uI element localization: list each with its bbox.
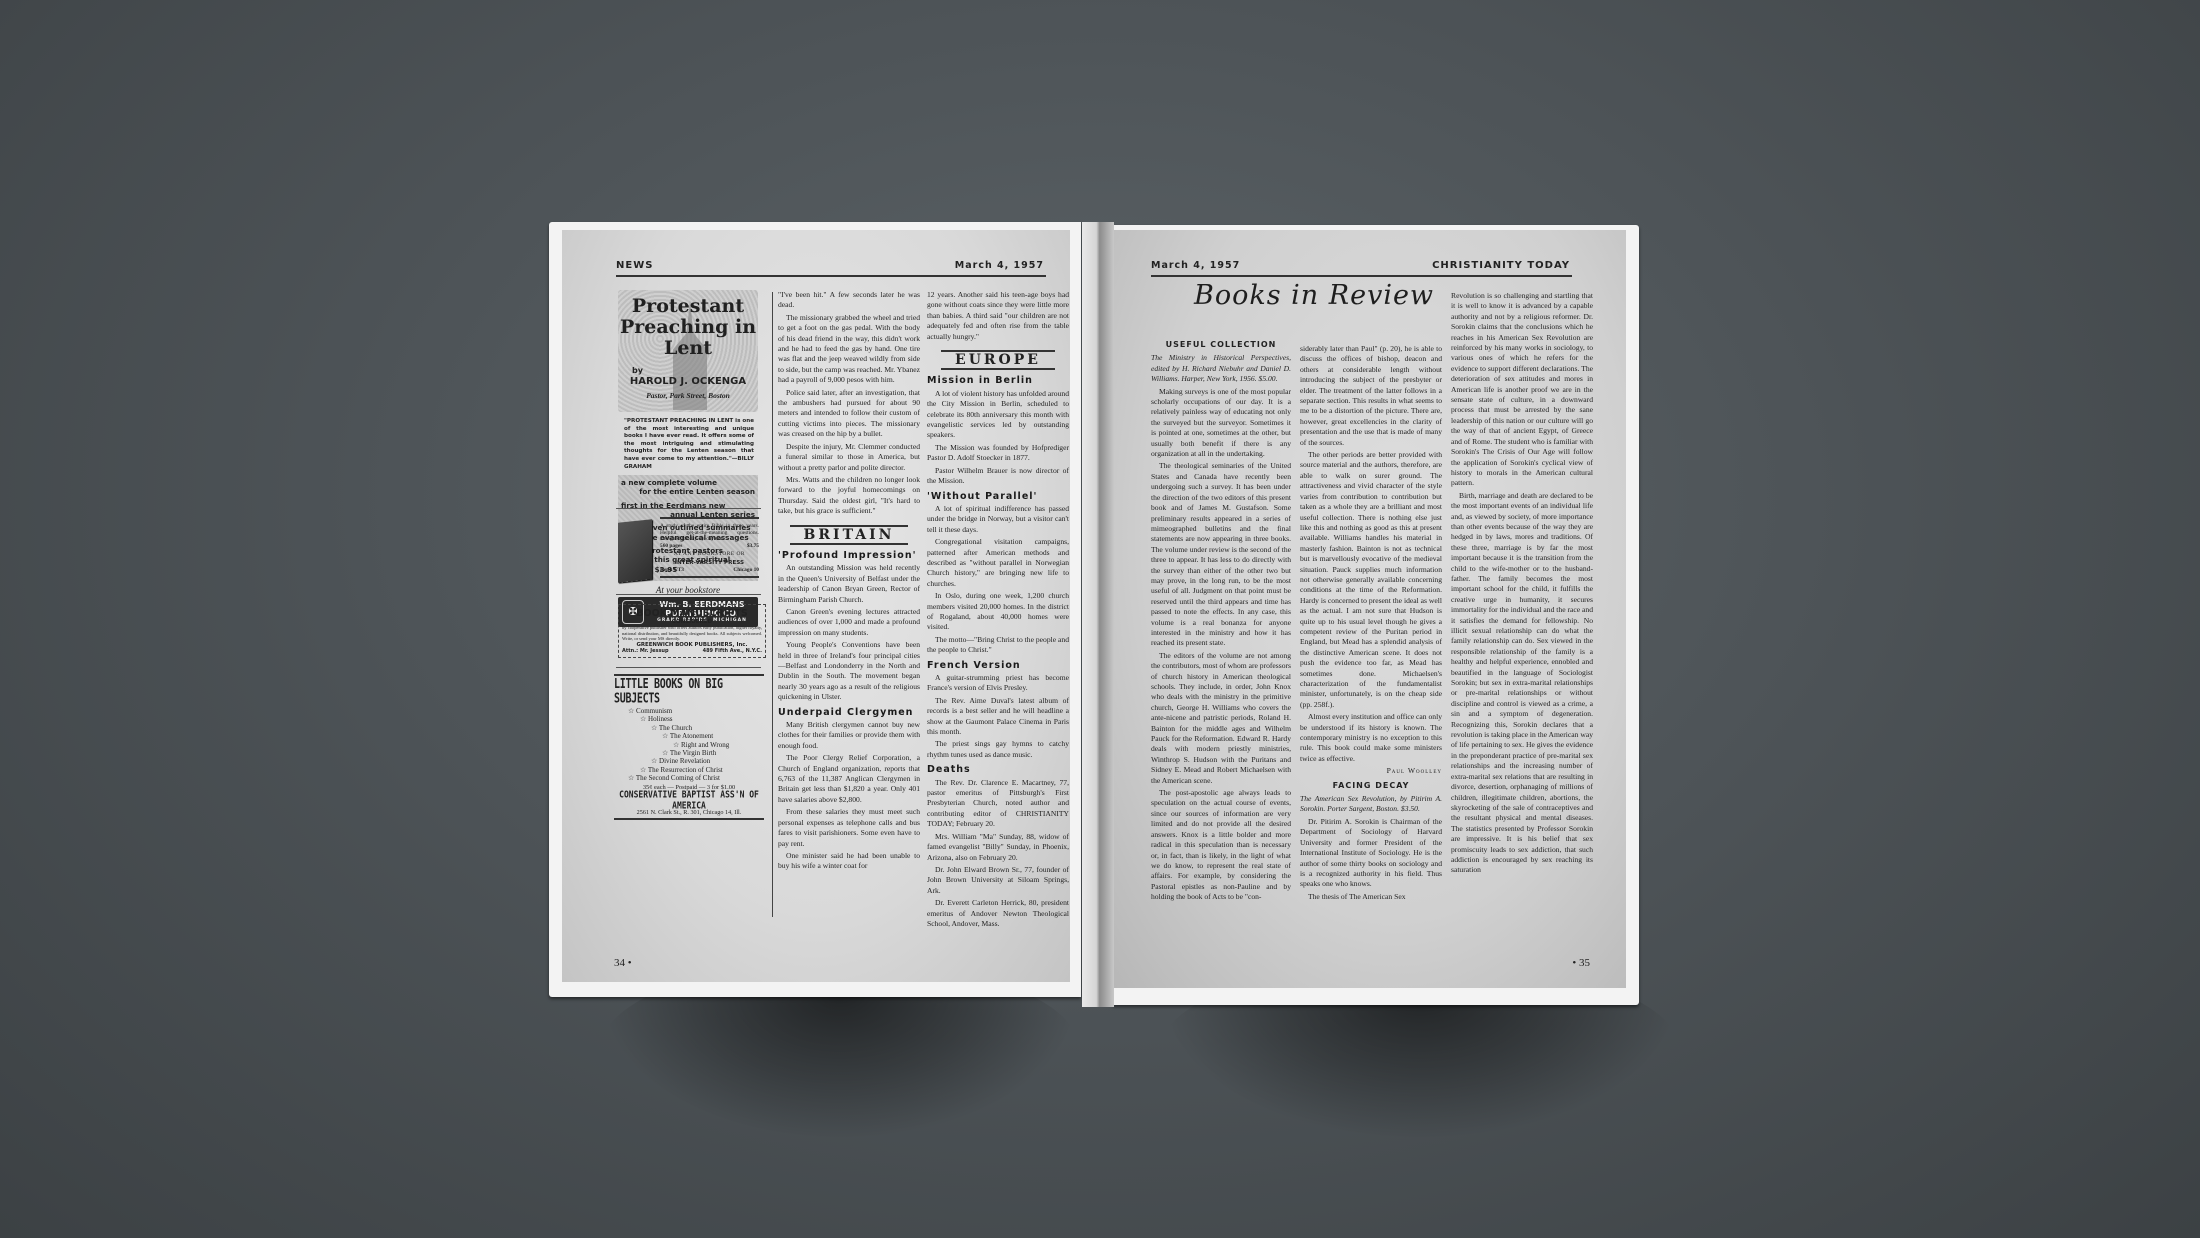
paragraph: siderably later than Paul" (p. 20), he i… (1300, 344, 1442, 448)
paragraph: Young People's Conventions have been hel… (778, 640, 920, 702)
little-book-item: ☆ The Resurrection of Christ (614, 766, 764, 774)
ad-divider (616, 667, 761, 668)
paragraph: "I've been hit." A few seconds later he … (778, 290, 920, 311)
header-rule (616, 275, 1046, 277)
paragraph: A guitar-strumming priest has become Fra… (927, 673, 1069, 694)
section-facing-decay: FACING DECAY (1300, 781, 1442, 791)
paragraph: Revolution is so challenging and startli… (1451, 291, 1593, 489)
books-in-review-title: Books in Review (1194, 280, 1434, 311)
running-head-date: March 4, 1957 (1151, 260, 1240, 271)
headline-profound-impression: 'Profound Impression' (778, 551, 920, 561)
ivp-description: A study of the entire Bible in three yea… (660, 523, 759, 543)
paragraph: A lot of spiritual indifference has pass… (927, 504, 1069, 535)
paragraph: The Rev. Dr. Clarence E. Macartney, 77, … (927, 778, 1069, 830)
paragraph: Mrs. William "Ma" Sunday, 88, widow of f… (927, 832, 1069, 863)
headline-without-parallel: 'Without Parallel' (927, 492, 1069, 502)
ivp-pages: 560 pages (660, 543, 682, 550)
paragraph: Dr. Pitirim A. Sorokin is Chairman of th… (1300, 817, 1442, 890)
little-book-item: ☆ Divine Revelation (614, 757, 764, 765)
ivp-city: Chicago 10 (733, 567, 759, 574)
page-number-35: • 35 (1572, 957, 1590, 969)
paragraph: The other periods are better provided wi… (1300, 450, 1442, 710)
running-head-date: March 4, 1957 (955, 260, 1044, 271)
lent-author: HAROLD J. OCKENGA (618, 376, 758, 387)
paragraph: The thesis of The American Sex (1300, 892, 1442, 902)
ad-divider (616, 508, 761, 509)
lent-author-role: Pastor, Park Street, Boston (618, 391, 758, 400)
reviewer-signature: Paul Woolley (1300, 766, 1442, 776)
paragraph: The priest sings gay hymns to catchy rhy… (927, 739, 1069, 760)
little-book-item: ☆ Right and Wrong (614, 741, 764, 749)
ad-book-manuscripts[interactable]: BOOK MANUSCRIPTS CONSIDERED by cooperati… (618, 604, 766, 658)
paragraph: In Oslo, during one week, 1,200 church m… (927, 591, 1069, 633)
promo-line: for the entire Lenten season (621, 487, 755, 496)
paragraph: Congregational visitation campaigns, pat… (927, 537, 1069, 589)
ivp-at-any: AT ANY BOOKSTORE OR (660, 551, 759, 558)
ivp-press: INTER-VARSITY PRESS (660, 560, 759, 567)
headline-mission-in-berlin: Mission in Berlin (927, 376, 1069, 386)
page-number-34: 34 • (614, 957, 632, 969)
little-book-item: ☆ Communism (614, 707, 764, 715)
paragraph: The Mission was founded by Hofprediger P… (927, 443, 1069, 464)
manuscripts-address: 489 Fifth Ave., N.Y.C. (703, 648, 762, 654)
paragraph: One minister said he had been unable to … (778, 851, 920, 872)
book-spine (1082, 222, 1114, 1007)
paragraph: The Rev. Aime Duval's latest album of re… (927, 696, 1069, 738)
paragraph: Police said later, after an investigatio… (778, 388, 920, 440)
ivp-dept: Dept. CT3 (660, 567, 684, 574)
little-book-item: ☆ The Second Coming of Christ (614, 774, 764, 782)
ivp-price: $3.75 (747, 543, 759, 550)
book-citation: The Ministry in Historical Perspectives,… (1151, 353, 1291, 384)
paragraph: The Poor Clergy Relief Corporation, a Ch… (778, 753, 920, 805)
paragraph: A lot of violent history has unfolded ar… (927, 389, 1069, 441)
region-heading-europe: EUROPE (927, 350, 1069, 370)
section-useful-collection: USEFUL COLLECTION (1151, 340, 1291, 350)
little-books-org: CONSERVATIVE BAPTIST ASS'N OF AMERICA (614, 789, 764, 811)
little-books-title: LITTLE BOOKS ON BIG SUBJECTS (614, 678, 764, 707)
little-book-item: ☆ The Church (614, 724, 764, 732)
paragraph: 12 years. Another said his teen-age boys… (927, 290, 1069, 342)
book-citation: The American Sex Revolution, by Pitirim … (1300, 794, 1442, 815)
paragraph: Almost every institution and office can … (1300, 712, 1442, 764)
paragraph: An outstanding Mission was held recently… (778, 563, 920, 605)
book-cover-icon (618, 519, 652, 583)
running-head-news: NEWS (616, 260, 653, 271)
manuscripts-attn: Attn.: Mr. Jessup (622, 648, 669, 654)
paragraph: Birth, marriage and death are declared t… (1451, 491, 1593, 876)
paragraph: Dr. John Elward Brown Sr., 77, founder o… (927, 865, 1069, 896)
little-book-item: ☆ The Virgin Birth (614, 749, 764, 757)
news-column-3: 12 years. Another said his teen-age boys… (927, 290, 1069, 931)
paragraph: Dr. Everett Carleton Herrick, 80, presid… (927, 898, 1069, 929)
review-column-3: Revolution is so challenging and startli… (1451, 291, 1593, 878)
headline-underpaid-clergymen: Underpaid Clergymen (778, 708, 920, 718)
paragraph: From these salaries they must meet such … (778, 807, 920, 849)
headline-deaths: Deaths (927, 765, 1069, 775)
ad-divider (616, 594, 761, 595)
column-rule (772, 292, 773, 917)
running-head-magazine: CHRISTIANITY TODAY (1432, 260, 1570, 271)
paragraph: The theological seminaries of the United… (1151, 461, 1291, 648)
manuscripts-body: by cooperative publisher who offers auth… (622, 625, 762, 642)
paragraph: The editors of the volume are not among … (1151, 651, 1291, 786)
paragraph: Despite the injury, Mr. Clemmer conducte… (778, 442, 920, 473)
lent-illustration: Protestant Preaching in Lent by HAROLD J… (618, 290, 758, 412)
ad-inter-varsity[interactable]: A study of the entire Bible in three yea… (616, 517, 761, 587)
paragraph: Making surveys is one of the most popula… (1151, 387, 1291, 460)
little-book-item: ☆ The Atonement (614, 732, 764, 740)
lent-quote: "PROTESTANT PREACHING IN LENT is one of … (624, 418, 754, 471)
promo-line: a new complete volume (621, 478, 717, 487)
manuscripts-title: BOOK MANUSCRIPTS (622, 608, 762, 619)
paragraph: The motto—"Bring Christ to the people an… (927, 635, 1069, 656)
review-column-1: USEFUL COLLECTION The Ministry in Histor… (1151, 336, 1291, 905)
little-book-item: ☆ Holiness (614, 715, 764, 723)
lent-by: by (632, 366, 643, 375)
left-page: NEWS March 4, 1957 Protestant Preaching … (562, 230, 1070, 982)
paragraph: Mrs. Watts and the children no longer lo… (778, 475, 920, 517)
lent-book-title: Protestant Preaching in Lent (618, 296, 758, 359)
paragraph: Many British clergymen cannot buy new cl… (778, 720, 920, 751)
headline-french-version: French Version (927, 661, 1069, 671)
paragraph: The post-apostolic age always leads to s… (1151, 788, 1291, 902)
paragraph: Canon Green's evening lectures attracted… (778, 607, 920, 638)
right-page: March 4, 1957 CHRISTIANITY TODAY Books i… (1114, 230, 1626, 988)
region-heading-britain: BRITAIN (778, 525, 920, 545)
paragraph: The missionary grabbed the wheel and tri… (778, 313, 920, 386)
paragraph: Pastor Wilhelm Brauer is now director of… (927, 466, 1069, 487)
ad-little-books[interactable]: LITTLE BOOKS ON BIG SUBJECTS ☆ Communism… (614, 674, 764, 820)
review-column-2: siderably later than Paul" (p. 20), he i… (1300, 344, 1442, 904)
news-column-2: "I've been hit." A few seconds later he … (778, 290, 920, 874)
header-rule (1151, 275, 1572, 277)
